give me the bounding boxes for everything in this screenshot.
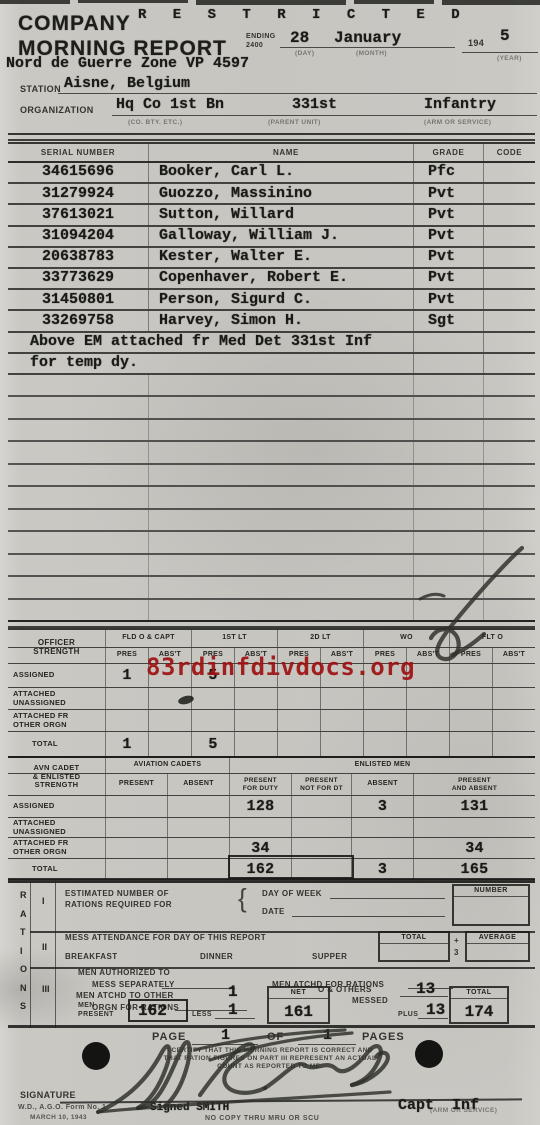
- enlisted-value-cell: 3: [351, 859, 413, 879]
- grade-cell: Pvt: [413, 248, 483, 267]
- plus-label: PLUS: [398, 1011, 418, 1019]
- ending-time-label: 2400: [246, 42, 263, 50]
- name-cell: Harvey, Simon H.: [148, 311, 413, 330]
- enlisted-row-label: TOTAL: [8, 859, 105, 879]
- serial-number-cell: [8, 487, 148, 508]
- grade-cell-text: Pvt: [428, 248, 455, 267]
- enlisted-column-header: ABSENT: [351, 774, 413, 795]
- serial-number-cell: [8, 555, 148, 576]
- rations-row3-numeral: III: [42, 985, 50, 994]
- serial-number-cell: 31450801: [8, 290, 148, 309]
- serial-number-cell: 33269758: [8, 311, 148, 330]
- men-present-value: 162: [138, 1003, 167, 1019]
- code-cell: [483, 510, 535, 531]
- roster-row: 33269758Harvey, Simon H.Sgt: [8, 311, 535, 332]
- enlisted-group-header-row: AVN CADET & ENLISTED STRENGTHAVIATION CA…: [8, 758, 535, 774]
- rations-row2-numeral: II: [42, 943, 47, 952]
- roster-row: 31279924Guozzo, MassininoPvt: [8, 184, 535, 205]
- name-cell-text: Booker, Carl L.: [159, 163, 294, 182]
- name-cell-text: Copenhaver, Robert E.: [159, 269, 348, 288]
- name-cell: [148, 420, 413, 441]
- brace-glyph: {: [238, 884, 247, 914]
- name-cell-text: Guozzo, Massinino: [159, 185, 312, 204]
- rations-letter: O: [20, 965, 27, 974]
- officer-row-label: ATTACHED FR OTHER ORGN: [8, 710, 105, 731]
- less-value: 1: [228, 1002, 238, 1018]
- roster-blank-row: [8, 420, 535, 443]
- enlisted-value-cell: 3: [351, 796, 413, 817]
- code-cell: [483, 442, 535, 463]
- enlisted-value-cell: [167, 838, 229, 858]
- present-subheader: PRES: [105, 648, 148, 663]
- year-sublabel: (YEAR): [497, 55, 522, 62]
- grade-cell: Sgt: [413, 311, 483, 330]
- year-rule: [462, 52, 538, 53]
- grade-cell: [413, 487, 483, 508]
- day-of-week-rule: [330, 898, 445, 899]
- number-box-label: NUMBER: [454, 887, 528, 897]
- code-cell: [483, 311, 535, 330]
- number-box: NUMBER: [452, 884, 530, 926]
- morning-report-scan: R E S T R I C T E D COMPANY MORNING REPO…: [0, 0, 540, 1125]
- grade-cell-text: Pfc: [428, 163, 455, 182]
- date-month-value: January: [334, 30, 401, 46]
- org-arm-value: Infantry: [424, 97, 496, 112]
- rations-letter: I: [20, 947, 23, 956]
- rations-letter: S: [20, 1002, 26, 1011]
- enlisted-total-emphasis-box: [228, 855, 354, 879]
- roster-row: 33773629Copenhaver, Robert E.Pvt: [8, 269, 535, 290]
- enlisted-column-header: PRESENT FOR DUTY: [229, 774, 291, 795]
- remarks-cell: for temp dy.: [8, 354, 413, 373]
- roster-row: 31094204Galloway, William J.Pvt: [8, 227, 535, 248]
- scan-edge-mark: [442, 0, 540, 5]
- name-cell: [148, 397, 413, 418]
- station-rule: [58, 93, 537, 94]
- officer-value-cell: [105, 688, 148, 709]
- name-cell: [148, 375, 413, 396]
- name-cell: [148, 465, 413, 486]
- name-cell: [148, 442, 413, 463]
- o-and-others-value: 13: [416, 981, 435, 997]
- name-cell: [148, 487, 413, 508]
- roster-blank-row: [8, 397, 535, 420]
- enlisted-subheader-row: PRESENTABSENTPRESENT FOR DUTYPRESENT NOT…: [8, 774, 535, 796]
- day-sublabel: (DAY): [295, 50, 314, 57]
- enlisted-row-label: ASSIGNED: [8, 796, 105, 817]
- serial-number-cell-text: 33773629: [42, 269, 114, 288]
- mess-separately-rule: [162, 988, 235, 989]
- enlisted-column-header: PRESENT: [105, 774, 167, 795]
- ending-label: ENDING: [246, 33, 276, 41]
- rations-total-box-value: 174: [451, 1004, 507, 1020]
- officer-value-cell: [148, 710, 191, 731]
- roster-row: 20638783Kester, Walter E.Pvt: [8, 248, 535, 269]
- officer-value-cell: [191, 710, 234, 731]
- name-cell: [148, 532, 413, 553]
- remarks-cell-text: Above EM attached fr Med Det 331st Inf: [30, 333, 372, 352]
- serial-number-cell: 33773629: [8, 269, 148, 288]
- enlisted-value-cell: [105, 859, 167, 879]
- code-cell: [483, 397, 535, 418]
- grade-cell: [413, 510, 483, 531]
- enlisted-value-cell: [105, 818, 167, 837]
- enlisted-value-cell: [413, 818, 535, 837]
- officer-value-cell: [234, 732, 277, 756]
- grade-cell: [413, 375, 483, 396]
- org-unit-value: Hq Co 1st Bn: [116, 97, 224, 112]
- officer-value-cell: [363, 688, 406, 709]
- serial-number-cell-text: 31094204: [42, 227, 114, 246]
- name-cell: Person, Sigurd C.: [148, 290, 413, 309]
- name-cell: Booker, Carl L.: [148, 163, 413, 182]
- officer-value-cell: [363, 710, 406, 731]
- header-divider: [8, 133, 535, 141]
- code-cell: [483, 420, 535, 441]
- enlisted-value-cell: 128: [229, 796, 291, 817]
- rations-total-box-label: TOTAL: [451, 989, 507, 999]
- enlisted-value: 165: [461, 862, 489, 877]
- grade-cell-text: Pvt: [428, 227, 455, 246]
- enlisted-value: 3: [378, 862, 387, 877]
- name-cell: Guozzo, Massinino: [148, 184, 413, 203]
- officer-row-label: ASSIGNED: [8, 664, 105, 687]
- divide-sign: +: [454, 936, 459, 945]
- org-parent-value: 331st: [292, 97, 337, 112]
- roster-blank-row: [8, 375, 535, 398]
- serial-number-cell: 20638783: [8, 248, 148, 267]
- enlisted-value-cell: 34: [413, 838, 535, 858]
- rations-numeral-divider: [55, 883, 56, 1028]
- enlisted-value-cell: 165: [413, 859, 535, 879]
- enlisted-row-label: ATTACHED FR OTHER ORGN: [8, 838, 105, 858]
- officer-value-cell: 5: [191, 732, 234, 756]
- officer-value-cell: [320, 732, 363, 756]
- serial-number-cell: 31279924: [8, 184, 148, 203]
- grade-cell: [413, 465, 483, 486]
- serial-number-cell-text: 37613021: [42, 206, 114, 225]
- enlisted-value-cell: [291, 796, 351, 817]
- enlisted-value: 131: [461, 799, 489, 814]
- officer-value: 1: [122, 737, 131, 752]
- serial-number-cell: [8, 600, 148, 621]
- station-label: STATION: [20, 84, 61, 94]
- classification-banner: R E S T R I C T E D: [138, 8, 469, 22]
- serial-number-cell: 31094204: [8, 227, 148, 246]
- date-rule: [280, 47, 455, 48]
- name-cell-text: Galloway, William J.: [159, 227, 339, 246]
- roster-note-row: for temp dy.: [8, 354, 535, 375]
- remarks-cell-text: for temp dy.: [30, 354, 138, 373]
- rations-letter: A: [20, 910, 27, 919]
- code-cell: [483, 375, 535, 396]
- name-cell: Copenhaver, Robert E.: [148, 269, 413, 288]
- roster-blank-row: [8, 510, 535, 533]
- less-rule: [215, 1018, 255, 1019]
- name-cell: Kester, Walter E.: [148, 248, 413, 267]
- grade-cell-text: Pvt: [428, 291, 455, 310]
- officer-value-cell: [492, 710, 535, 731]
- plus-rule: [418, 1018, 448, 1019]
- code-cell: [483, 269, 535, 288]
- estimated-rations-label-1: ESTIMATED NUMBER OF: [65, 889, 169, 898]
- code-cell: [483, 465, 535, 486]
- grade-cell: Pvt: [413, 205, 483, 224]
- officer-value-cell: [148, 732, 191, 756]
- officer-value-cell: [320, 688, 363, 709]
- officer-value-cell: [105, 710, 148, 731]
- enlisted-value: 34: [251, 841, 270, 856]
- officer-strength-row: ATTACHED FR OTHER ORGN: [8, 710, 535, 732]
- code-header: CODE: [484, 149, 535, 157]
- grade-cell: Pvt: [413, 184, 483, 203]
- officer-value-cell: [406, 732, 449, 756]
- mess-average-box: AVERAGE: [465, 931, 530, 962]
- org-parent-sublabel: (PARENT UNIT): [268, 119, 321, 126]
- watermark: 83rdinfdivdocs.org: [146, 655, 415, 679]
- enlisted-value-cell: [167, 859, 229, 879]
- enlisted-value-cell: [229, 818, 291, 837]
- enlisted-strength-row: ASSIGNED1283131: [8, 796, 535, 818]
- officer-strength-row: ATTACHED UNASSIGNED: [8, 688, 535, 710]
- name-cell-text: Kester, Walter E.: [159, 248, 312, 267]
- date-year-value: 5: [500, 28, 510, 44]
- serial-number-cell: [8, 510, 148, 531]
- year-printed: 194: [468, 38, 484, 48]
- mess-average-box-label: AVERAGE: [467, 934, 528, 944]
- code-cell: [483, 333, 535, 352]
- rations-total-box: TOTAL 174: [449, 986, 509, 1024]
- officer-value-cell: [277, 688, 320, 709]
- remarks-cell: Above EM attached fr Med Det 331st Inf: [8, 333, 413, 352]
- less-label: LESS: [192, 1011, 212, 1019]
- grade-cell-text: Pvt: [428, 269, 455, 288]
- officer-value-cell: [277, 710, 320, 731]
- officer-group-label: 2D LT: [277, 630, 363, 647]
- roster-row: 34615696Booker, Carl L.Pfc: [8, 163, 535, 184]
- o-and-others-label-2: MESSED: [352, 996, 388, 1005]
- grade-cell: [413, 442, 483, 463]
- org-arm-sublabel: (ARM OR SERVICE): [424, 119, 491, 126]
- station-value: Aisne, Belgium: [64, 76, 190, 91]
- roster-blank-row: [8, 487, 535, 510]
- officer-value-cell: [492, 688, 535, 709]
- name-cell: [148, 600, 413, 621]
- code-cell: [483, 248, 535, 267]
- enlisted-value-cell: [291, 818, 351, 837]
- mess-total-box: TOTAL: [378, 931, 450, 962]
- scan-edge-mark: [354, 0, 434, 4]
- grade-cell: [413, 333, 483, 352]
- grade-cell: Pvt: [413, 269, 483, 288]
- officer-value-cell: 1: [105, 732, 148, 756]
- serial-number-cell: [8, 397, 148, 418]
- officer-value-cell: [320, 710, 363, 731]
- month-sublabel: (MONTH): [356, 50, 387, 57]
- date-field-rule: [292, 916, 445, 917]
- officer-value-cell: [406, 688, 449, 709]
- roster-header-row: SERIAL NUMBER NAME GRADE CODE: [8, 144, 535, 163]
- name-cell: [148, 577, 413, 598]
- officer-value-cell: [449, 732, 492, 756]
- divide-by-three: 3: [454, 948, 459, 957]
- enlisted-value-cell: 131: [413, 796, 535, 817]
- handwritten-flourish: [410, 530, 540, 670]
- code-cell: [483, 163, 535, 182]
- serial-number-header: SERIAL NUMBER: [8, 149, 148, 157]
- serial-number-cell-text: 33269758: [42, 312, 114, 331]
- grade-cell-text: Sgt: [428, 312, 455, 331]
- rations-row1-numeral: I: [42, 897, 45, 906]
- rations-letter: R: [20, 891, 27, 900]
- enlisted-value: 3: [378, 799, 387, 814]
- enlisted-column-header: ABSENT: [167, 774, 229, 795]
- estimated-rations-label-2: RATIONS REQUIRED FOR: [65, 900, 172, 909]
- officer-value-cell: [234, 688, 277, 709]
- breakfast-label: BREAKFAST: [65, 952, 118, 961]
- supper-label: SUPPER: [312, 952, 347, 961]
- officer-group-label: FLD O & CAPT: [105, 630, 191, 647]
- scan-edge-mark: [0, 0, 70, 4]
- rations-letter-divider: [30, 883, 31, 1028]
- aviation-cadets-group-label: AVIATION CADETS: [105, 758, 229, 773]
- form-title-company: COMPANY: [18, 13, 131, 34]
- grade-cell: [413, 420, 483, 441]
- officer-value-cell: [191, 688, 234, 709]
- enlisted-row-label: ATTACHED UNASSIGNED: [8, 818, 105, 837]
- grade-header: GRADE: [414, 149, 483, 157]
- serial-number-cell: [8, 532, 148, 553]
- code-cell: [483, 227, 535, 246]
- enlisted-value-cell: [105, 838, 167, 858]
- dinner-label: DINNER: [200, 952, 233, 961]
- name-cell: [148, 555, 413, 576]
- code-cell: [483, 487, 535, 508]
- officer-value-cell: [492, 732, 535, 756]
- officer-value-cell: [363, 732, 406, 756]
- handwritten-signature: [60, 1025, 480, 1125]
- mess-total-box-label: TOTAL: [380, 934, 448, 944]
- officer-row-label: TOTAL: [8, 732, 105, 756]
- officer-row-label: ATTACHED UNASSIGNED: [8, 688, 105, 709]
- organization-rule: [112, 115, 537, 116]
- roster-row: 31450801Person, Sigurd C.Pvt: [8, 290, 535, 311]
- officer-value-cell: [449, 710, 492, 731]
- net-box-value: 161: [269, 1004, 328, 1020]
- serial-number-cell: [8, 420, 148, 441]
- enlisted-value-cell: [351, 818, 413, 837]
- roster-note-row: Above EM attached fr Med Det 331st Inf: [8, 333, 535, 354]
- grade-cell: Pfc: [413, 163, 483, 182]
- scan-edge-mark: [78, 0, 188, 3]
- serial-number-cell: 34615696: [8, 163, 148, 182]
- atchd-other-value: 1: [228, 984, 238, 1000]
- organization-label: ORGANIZATION: [20, 105, 94, 115]
- name-cell: Galloway, William J.: [148, 227, 413, 246]
- officer-value-cell: [277, 732, 320, 756]
- plus-value: 13: [426, 1002, 445, 1018]
- officer-value-cell: [406, 710, 449, 731]
- enlisted-value-cell: [167, 818, 229, 837]
- enlisted-column-header: PRESENT NOT FOR DT: [291, 774, 351, 795]
- roster-blank-row: [8, 465, 535, 488]
- name-cell-text: Person, Sigurd C.: [159, 291, 312, 310]
- officer-value-cell: [449, 688, 492, 709]
- enlisted-value-cell: [351, 838, 413, 858]
- rations-letter: N: [20, 984, 27, 993]
- officer-value: 1: [122, 668, 131, 683]
- grade-cell: [413, 397, 483, 418]
- serial-number-cell: [8, 375, 148, 396]
- org-unit-sublabel: (CO. BTY. ETC.): [128, 119, 182, 126]
- serial-number-cell: [8, 442, 148, 463]
- enlisted-value-cell: [167, 796, 229, 817]
- date-day-value: 28: [290, 30, 309, 46]
- serial-number-cell-text: 34615696: [42, 163, 114, 182]
- enlisted-men-group-label: ENLISTED MEN: [229, 758, 535, 773]
- enlisted-value-cell: [105, 796, 167, 817]
- enlisted-value: 128: [247, 799, 275, 814]
- enlisted-strength-row: ATTACHED UNASSIGNED: [8, 818, 535, 838]
- name-cell: Sutton, Willard: [148, 205, 413, 224]
- enlisted-subheader-spacer: [8, 774, 105, 795]
- mess-attendance-label: MESS ATTENDANCE FOR DAY OF THIS REPORT: [65, 933, 266, 942]
- name-cell-text: Sutton, Willard: [159, 206, 294, 225]
- serial-number-cell: 37613021: [8, 205, 148, 224]
- officer-strength-header: OFFICER STRENGTH: [8, 630, 105, 664]
- name-header: NAME: [159, 149, 413, 157]
- code-cell: [483, 290, 535, 309]
- enlisted-column-header: PRESENT AND ABSENT: [413, 774, 535, 795]
- officer-value-cell: [234, 710, 277, 731]
- code-cell: [483, 205, 535, 224]
- rations-letter: T: [20, 928, 26, 937]
- scan-edge-mark: [196, 0, 346, 5]
- code-cell: [483, 354, 535, 373]
- date-field-label: DATE: [262, 907, 285, 916]
- o-and-others-rule: [400, 996, 448, 997]
- men-present-label-2: PRESENT: [78, 1011, 114, 1019]
- serial-number-cell: [8, 465, 148, 486]
- name-cell-text: Harvey, Simon H.: [159, 312, 303, 331]
- officer-value-cell: 1: [105, 664, 148, 687]
- grade-cell: Pvt: [413, 290, 483, 309]
- o-and-others-label-1: O & OTHERS: [318, 985, 372, 994]
- serial-number-cell-text: 31279924: [42, 185, 114, 204]
- roster-row: 37613021Sutton, WillardPvt: [8, 205, 535, 226]
- serial-number-cell-text: 31450801: [42, 291, 114, 310]
- men-present-label-1: MEN: [78, 1002, 95, 1010]
- grade-cell: [413, 354, 483, 373]
- officer-group-label: 1ST LT: [191, 630, 277, 647]
- grade-cell-text: Pvt: [428, 206, 455, 225]
- serial-number-cell-text: 20638783: [42, 248, 114, 267]
- enlisted-value: 34: [465, 841, 484, 856]
- men-authorized-label-1: MEN AUTHORIZED TO: [78, 968, 170, 977]
- location-coordinates-line: Nord de Guerre Zone VP 4597: [6, 56, 249, 71]
- serial-number-cell: [8, 577, 148, 598]
- grade-cell-text: Pvt: [428, 185, 455, 204]
- grade-cell: Pvt: [413, 227, 483, 246]
- name-cell: [148, 510, 413, 531]
- officer-value: 5: [208, 737, 217, 752]
- officer-strength-row: TOTAL15: [8, 732, 535, 758]
- code-cell: [483, 184, 535, 203]
- roster-blank-row: [8, 442, 535, 465]
- day-of-week-label: DAY OF WEEK: [262, 889, 322, 898]
